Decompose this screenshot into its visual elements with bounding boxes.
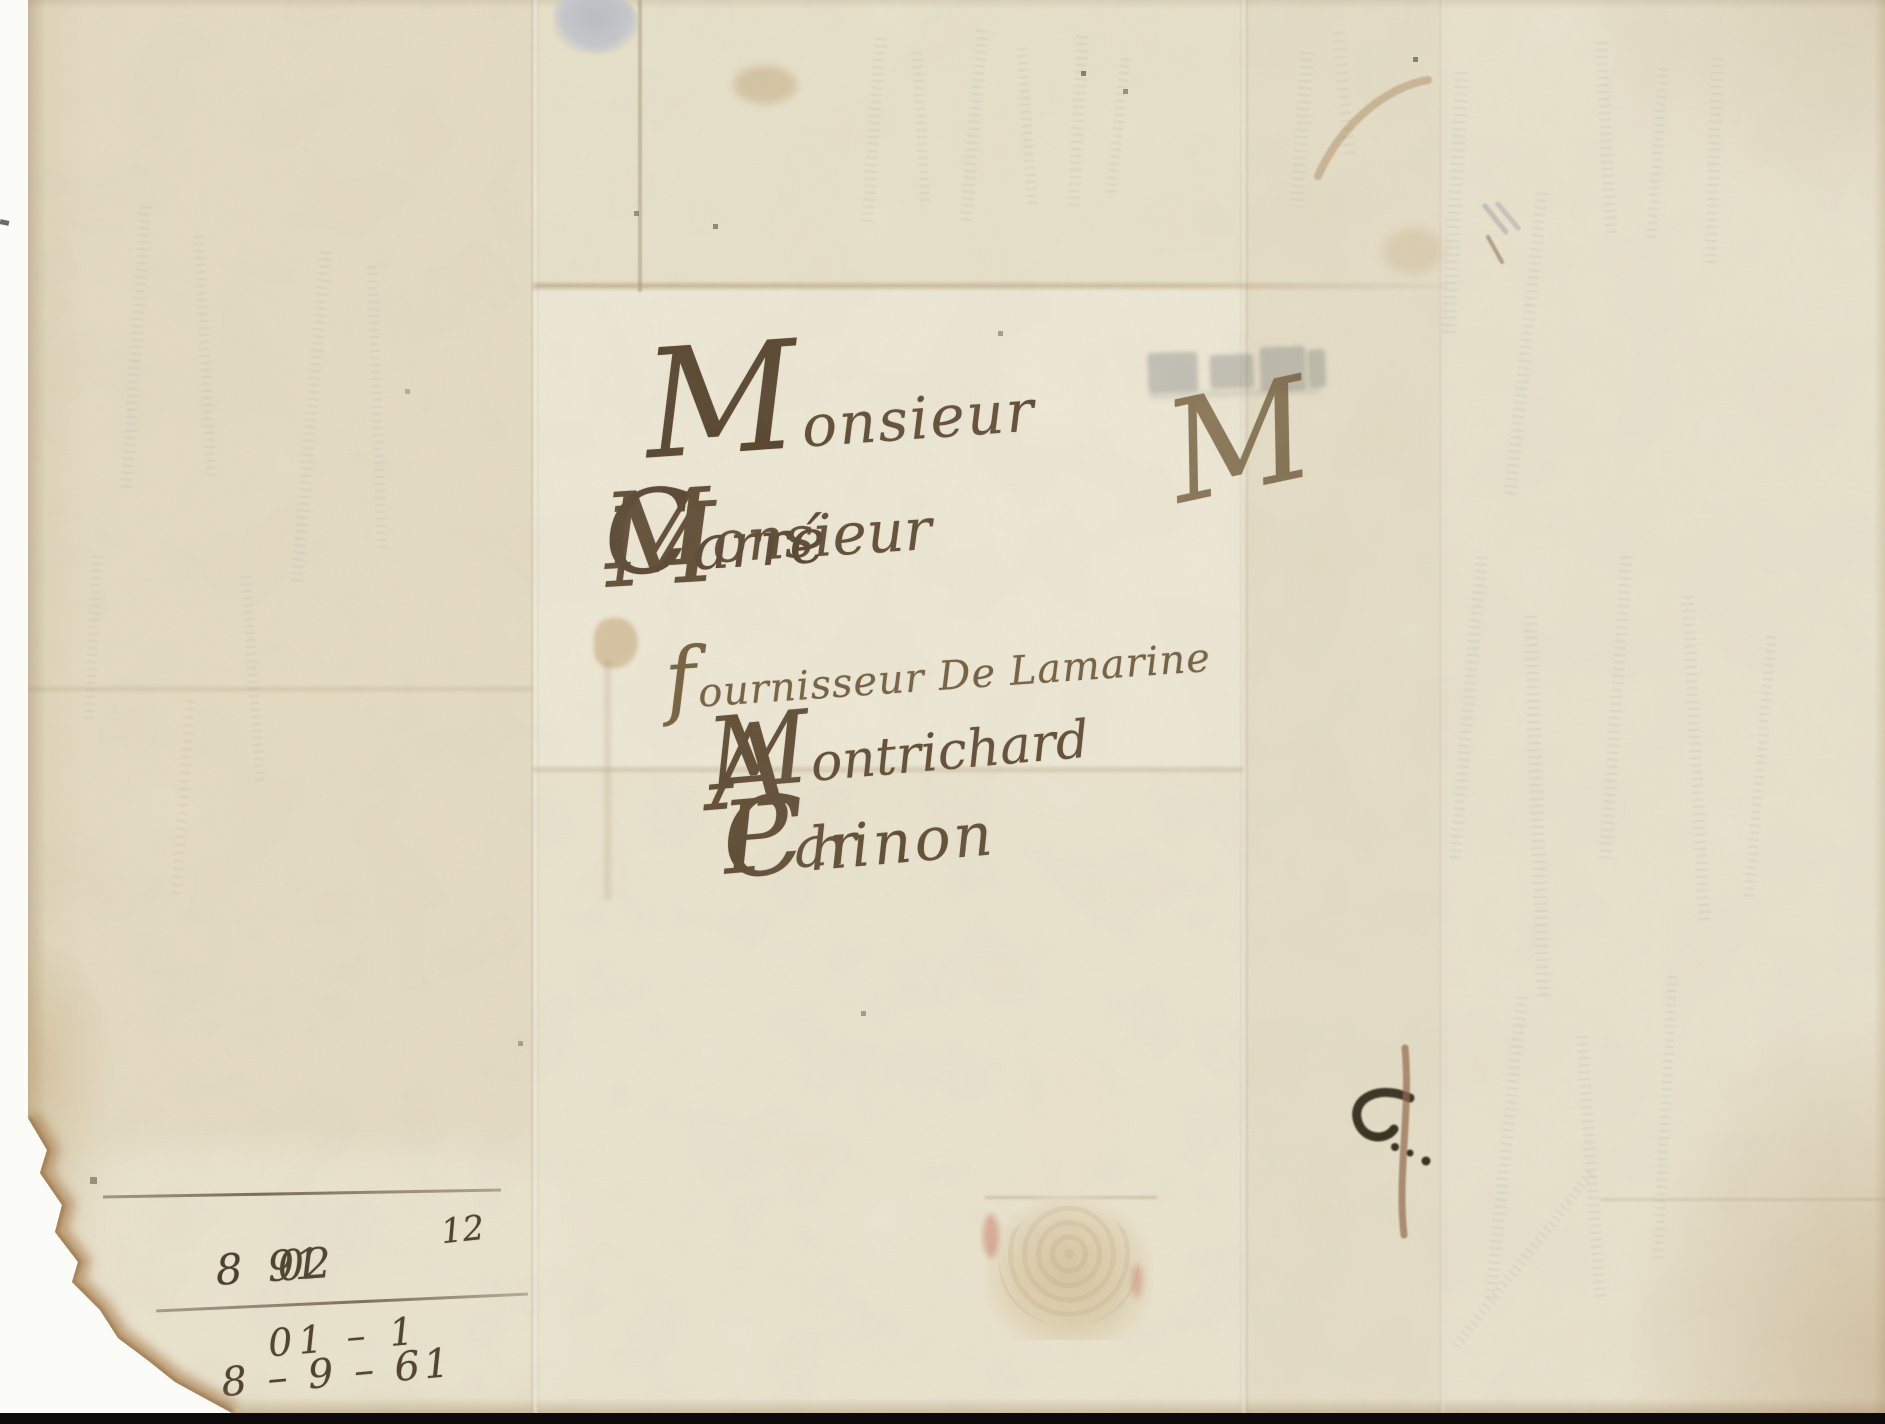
- paper-specks: [28, 0, 31, 3]
- ghost-writing: [1653, 976, 1678, 1261]
- ghost-writing: [120, 206, 152, 491]
- route-town: Chinon: [720, 788, 998, 892]
- ghost-writing: [960, 30, 989, 225]
- paper-edge-left: [28, 0, 46, 1413]
- ink-smudge-stain: [733, 66, 797, 104]
- paper-edge-right: [1874, 0, 1885, 1413]
- address-line-salutation: Monsieur: [642, 339, 1038, 472]
- fold-line-vertical-right: [1240, 0, 1248, 1413]
- pencil-slash: [1485, 206, 1506, 232]
- ink-blot-dot: [1391, 1143, 1399, 1151]
- brown-slash: [1488, 237, 1502, 262]
- paper-edge-top: [28, 0, 1885, 9]
- ghost-writing: [912, 52, 930, 202]
- pencil-slash: [1498, 204, 1518, 228]
- seal-red-fringe-right: [1131, 1264, 1143, 1298]
- wax-seal-residue: [985, 1198, 1153, 1340]
- ghost-writing: [241, 576, 265, 781]
- ink-blot-curl: [1357, 1092, 1410, 1137]
- ink-blot-dot: [1407, 1150, 1414, 1157]
- ghost-writing: [1743, 636, 1776, 901]
- figure-a: 8: [214, 1244, 244, 1295]
- faint-stain: [1383, 228, 1443, 274]
- tan-drip-stain: [594, 618, 638, 668]
- ghost-writing: [171, 700, 195, 900]
- stamp-glyph: [1307, 349, 1326, 388]
- seal-ghost-streak: [1020, 1055, 1115, 1205]
- letter-paper-sheet: Monsieur M M Monsieur Carré fournisseur …: [28, 0, 1885, 1413]
- ink-blot-dot: [1422, 1157, 1431, 1166]
- ink-rule-bottom: [156, 1293, 528, 1313]
- ghost-writing: [862, 38, 887, 223]
- ghost-writing: [1504, 192, 1548, 497]
- fold-line-vertical-left: [531, 0, 539, 1413]
- figure-carry: 12: [439, 1208, 486, 1252]
- ghost-writing: [1290, 52, 1315, 208]
- brown-arc-stroke: [1318, 80, 1428, 176]
- glue-residue-blob: [553, 0, 639, 54]
- ghost-writing: [1067, 36, 1088, 211]
- figure-row-sum: 8 – 9 – 61: [219, 1340, 455, 1406]
- fold-line-horizontal-top: [533, 283, 1448, 289]
- flourish-paraph: M: [1158, 372, 1322, 511]
- scanned-letter-page: Monsieur M M Monsieur Carré fournisseur …: [0, 0, 1885, 1424]
- tear-edge-brown: [28, 1118, 232, 1413]
- figure-c: 02: [276, 1238, 333, 1291]
- ghost-writing: [1016, 48, 1037, 208]
- ghost-writing: [1576, 1036, 1606, 1301]
- ghost-writing: [1333, 32, 1356, 158]
- fold-line-horizontal-left: [28, 687, 533, 691]
- ghost-writing: [1704, 58, 1723, 263]
- ghost-writing: [290, 251, 331, 586]
- ghost-writing: [1451, 1170, 1594, 1350]
- ghost-writing: [1523, 616, 1550, 1001]
- ghost-writing: [1449, 556, 1488, 861]
- paper-left-edge-stain: [28, 930, 118, 1200]
- ghost-writing: [367, 266, 387, 551]
- tear-edge-line: [28, 1118, 232, 1413]
- ghost-writing: [1646, 68, 1668, 243]
- fold-crease-top-left: [638, 0, 642, 292]
- ghost-writing: [194, 236, 217, 481]
- paper-edge-bottom: [28, 1398, 1885, 1413]
- seal-red-fringe-left: [983, 1214, 999, 1258]
- seal-ridges: [999, 1206, 1139, 1326]
- ink-rule-top: [103, 1189, 501, 1199]
- brown-vertical-stroke: [1402, 1048, 1407, 1235]
- ghost-writing: [1599, 556, 1632, 861]
- paper-left-panel: [28, 0, 533, 1413]
- scanner-edge-strip: [0, 1413, 1885, 1424]
- fold-line-horizontal-bottom-right: [1600, 1198, 1885, 1201]
- ghost-writing: [1595, 42, 1617, 237]
- paper-right-panel: [1243, 0, 1441, 1413]
- recipient-name: Carré: [602, 492, 828, 590]
- ghost-writing: [1682, 596, 1711, 921]
- tan-drip-streak: [604, 660, 611, 900]
- scanner-margin-dash: [0, 219, 9, 226]
- ghost-writing: [84, 556, 103, 721]
- fold-line-far-right: [1440, 0, 1446, 1413]
- ghost-writing: [1106, 58, 1131, 198]
